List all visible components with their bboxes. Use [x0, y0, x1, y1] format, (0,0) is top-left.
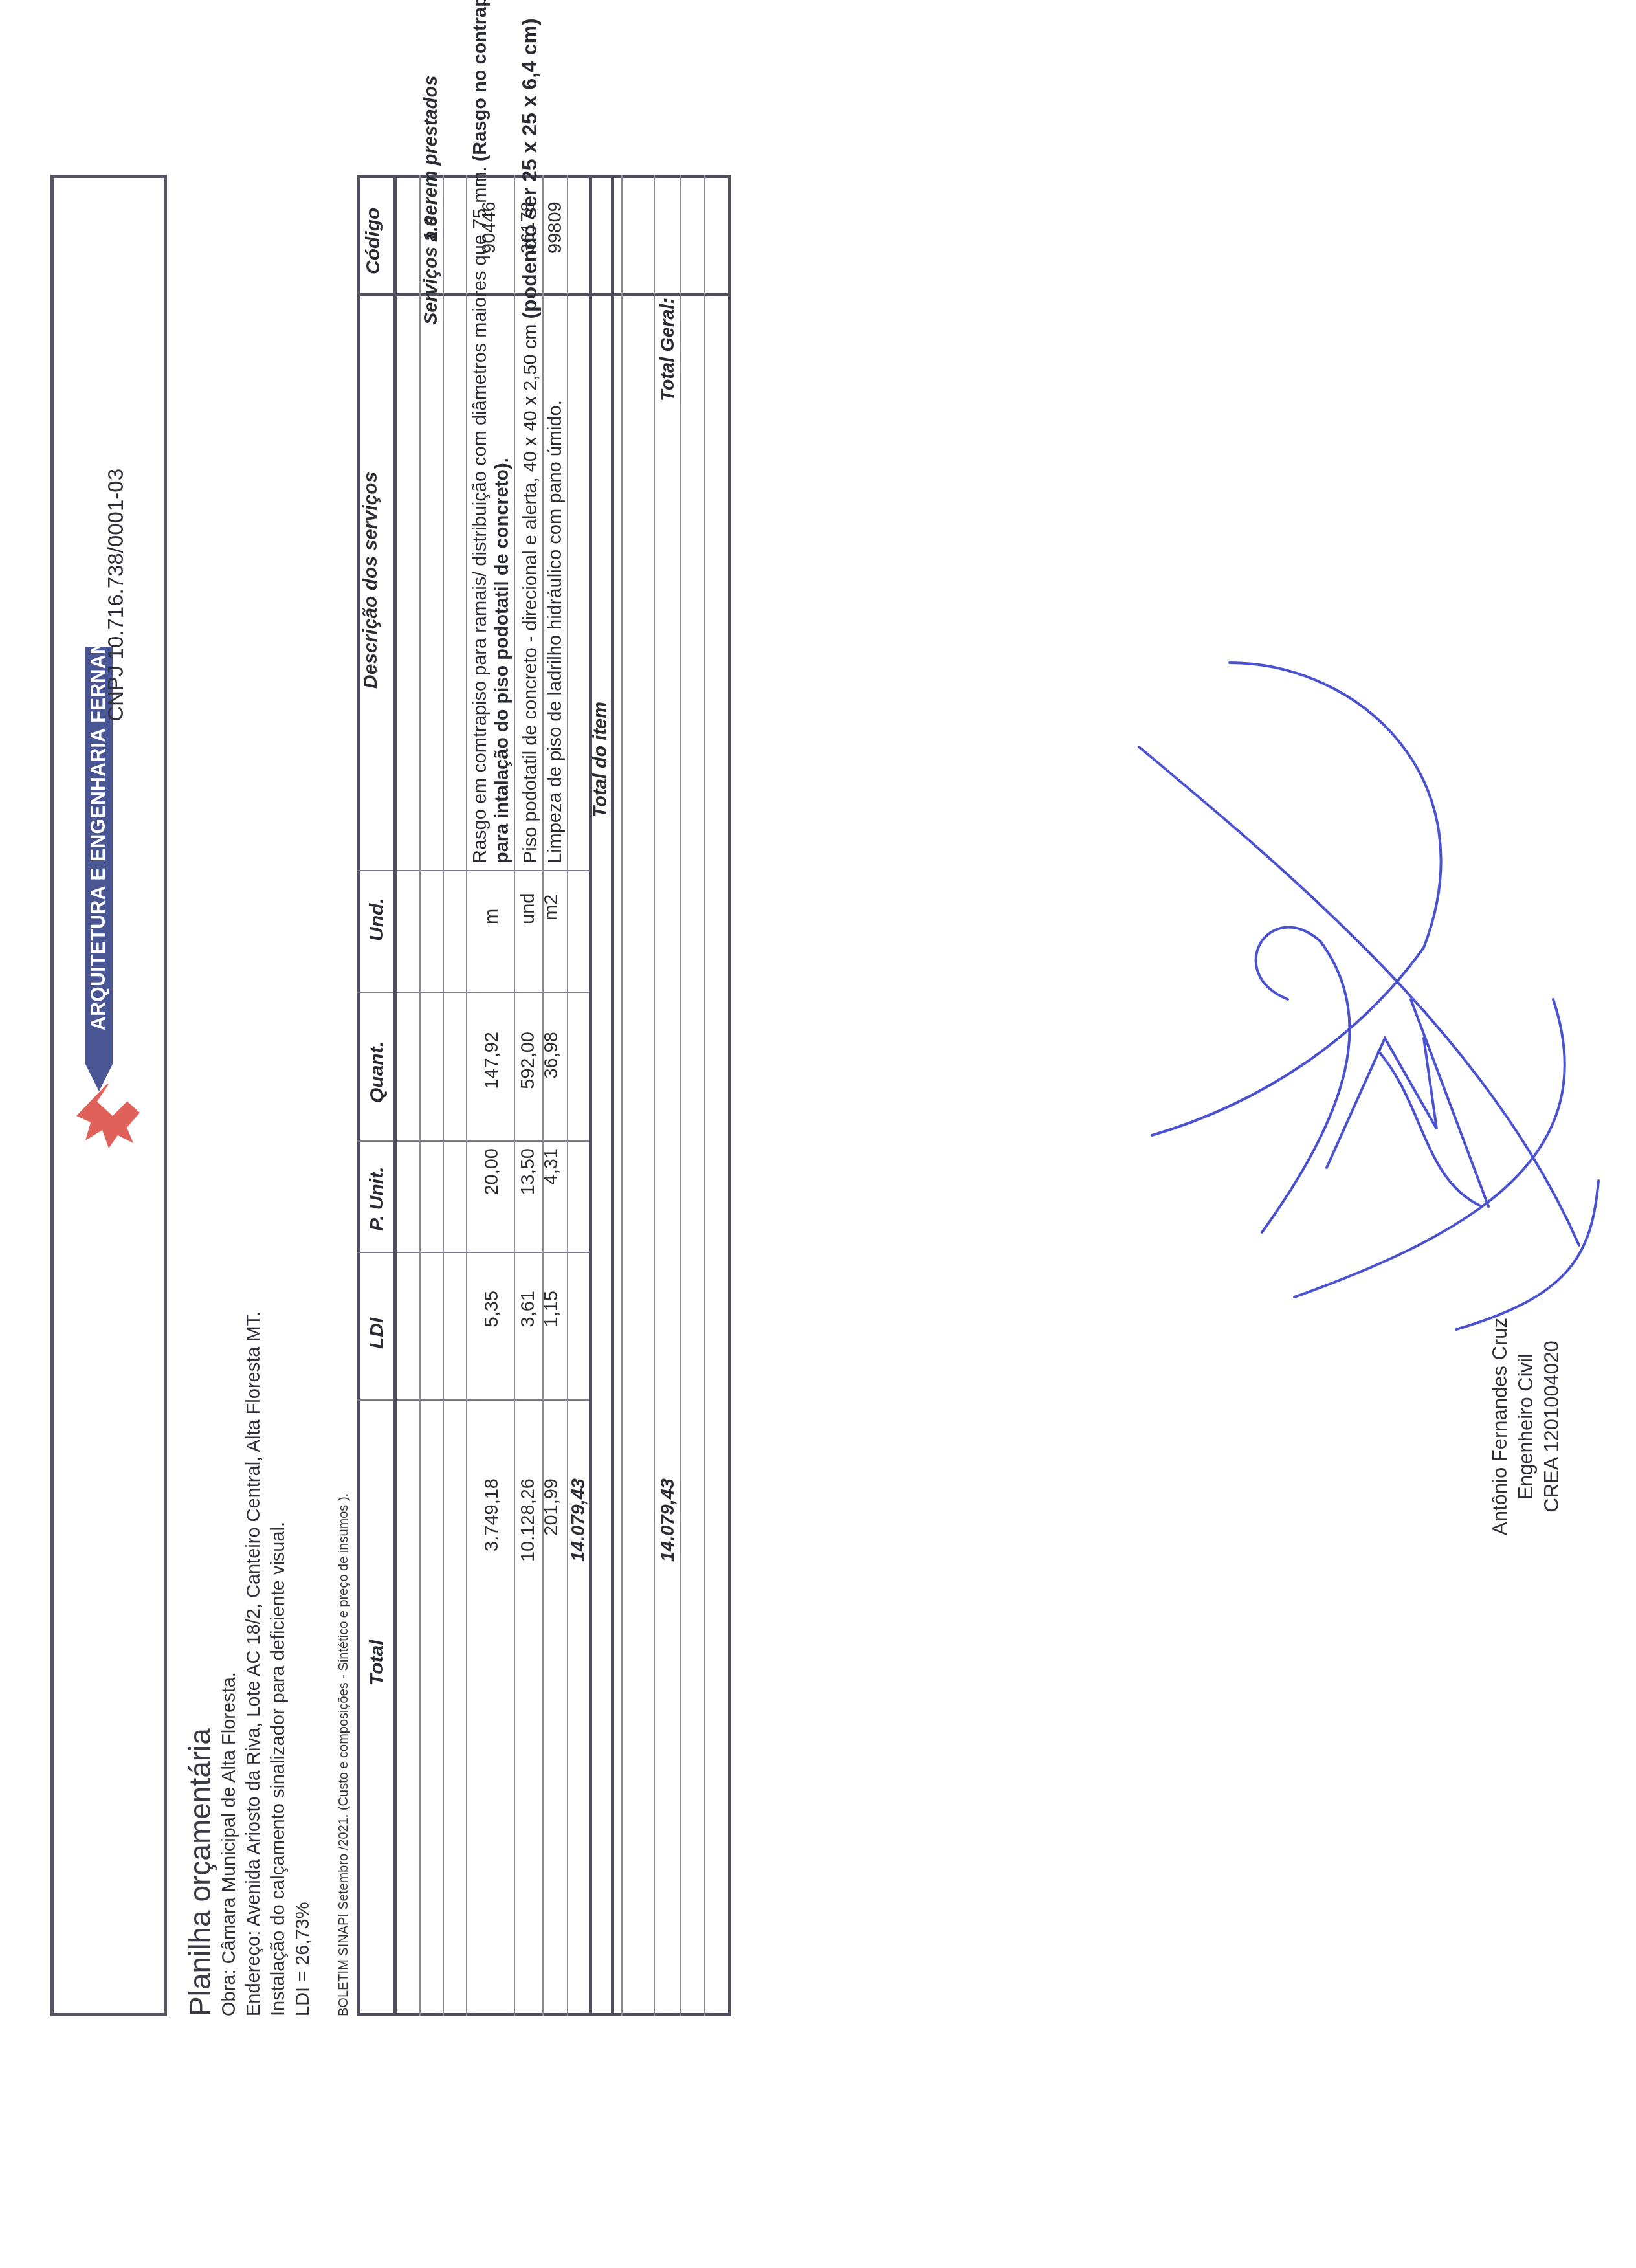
- signer-name: Antônio Fernandes Cruz: [1488, 1258, 1512, 1595]
- signer-role: Engenheiro Civil: [1514, 1258, 1538, 1595]
- signer-crea: CREA 1201004020: [1540, 1258, 1564, 1595]
- signature-scribble-icon: [0, 0, 1636, 2268]
- budget-document-page: ARQUITETURA E ENGENHARIA FERNANDES CNPJ …: [0, 0, 1636, 2268]
